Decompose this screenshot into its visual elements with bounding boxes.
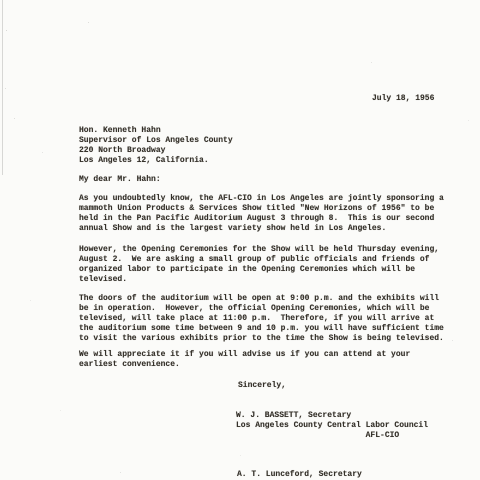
salutation: My dear Mr. Hahn: [79, 175, 161, 185]
body-paragraph-4: We will appreciate it if you will advise… [79, 350, 410, 370]
recipient-address: Hon. Kenneth Hahn Supervisor of Los Ange… [79, 126, 233, 166]
scan-edge-artifact [2, 0, 3, 175]
scanned-letter-page: July 18, 1956 Hon. Kenneth Hahn Supervis… [0, 0, 480, 480]
body-paragraph-1: As you undoubtedly know, the AFL-CIO in … [79, 194, 444, 234]
signature-block: W. J. BASSETT, Secretary Los Angeles Cou… [236, 411, 428, 441]
closing-line: Sincerely, [238, 381, 286, 391]
scan-speckle-noise [0, 0, 1, 1]
letter-date: July 18, 1956 [372, 94, 434, 104]
body-paragraph-2: However, the Opening Ceremonies for the … [79, 245, 439, 285]
body-paragraph-3: The doors of the auditorium will be open… [79, 294, 444, 344]
second-signature: A. T. Lunceford, Secretary [237, 470, 362, 480]
